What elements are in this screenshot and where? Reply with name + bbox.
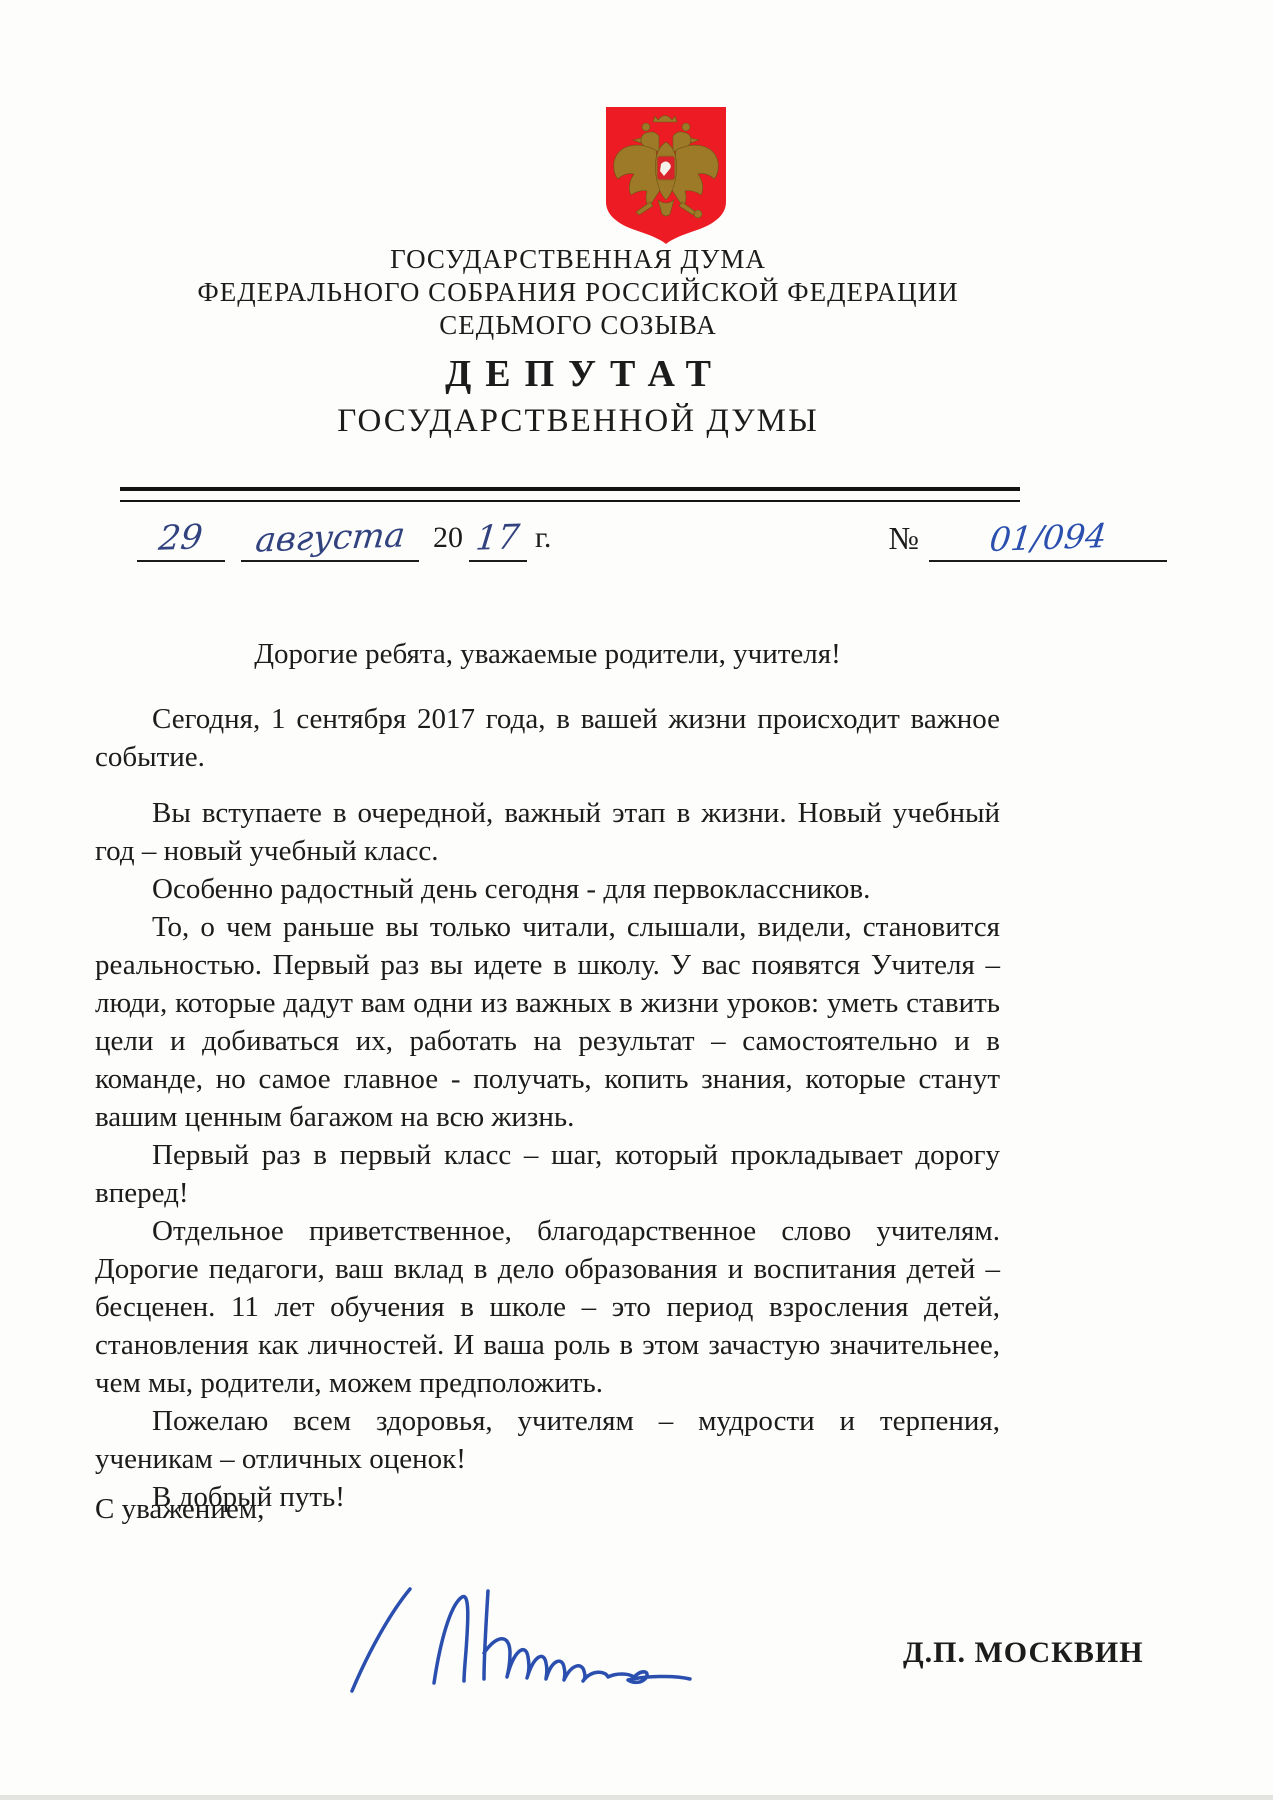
date-month-field: августа [241, 516, 419, 562]
handwritten-number: 01/094 [987, 514, 1108, 562]
valediction: С уважением, [95, 1493, 264, 1526]
letter-body: Сегодня, 1 сентября 2017 года, в вашей ж… [95, 700, 1000, 1516]
paragraph: Сегодня, 1 сентября 2017 года, в вашей ж… [95, 700, 1000, 776]
date-group: 29 августа 20 17 г. [137, 516, 551, 562]
org-name-line3: СЕДЬМОГО СОЗЫВА [0, 309, 1156, 342]
letter-page: ГОСУДАРСТВЕННАЯ ДУМА ФЕДЕРАЛЬНОГО СОБРАН… [0, 0, 1273, 1800]
year-prefix: 20 [419, 516, 469, 562]
paragraph: Первый раз в первый класс – шаг, который… [95, 1136, 1000, 1212]
title-deputy: ДЕПУТАТ [0, 348, 1156, 400]
russian-coat-of-arms-icon [600, 104, 732, 246]
number-group: № 01/094 [888, 516, 1167, 562]
org-name-line1: ГОСУДАРСТВЕННАЯ ДУМА [0, 243, 1156, 276]
date-number-row: 29 августа 20 17 г. № 01/094 [137, 516, 1167, 562]
handwritten-signature [338, 1583, 708, 1698]
paragraph: Пожелаю всем здоровья, учителям – мудрос… [95, 1402, 1000, 1478]
date-day-field: 29 [137, 516, 225, 562]
number-sign: № [888, 516, 919, 562]
paragraph: Вы вступаете в очередной, важный этап в … [95, 794, 1000, 870]
document-number-field: 01/094 [929, 516, 1167, 562]
handwritten-year: 17 [474, 515, 522, 560]
year-unit: г. [527, 516, 551, 562]
paragraph: То, о чем раньше вы только читали, слыша… [95, 908, 1000, 1136]
handwritten-day: 29 [157, 515, 205, 560]
scan-bottom-edge [0, 1795, 1273, 1800]
title-state-duma: ГОСУДАРСТВЕННОЙ ДУМЫ [0, 400, 1156, 442]
handwritten-month: августа [253, 513, 407, 562]
date-year-field: 17 [469, 516, 527, 562]
paragraph: Отдельное приветственное, благодарственн… [95, 1212, 1000, 1402]
letterhead: ГОСУДАРСТВЕННАЯ ДУМА ФЕДЕРАЛЬНОГО СОБРАН… [0, 243, 1156, 442]
paragraph: Особенно радостный день сегодня - для пе… [95, 870, 1000, 908]
signer-name: Д.П. МОСКВИН [903, 1636, 1144, 1670]
salutation: Дорогие ребята, уважаемые родители, учит… [95, 638, 1000, 671]
double-rule-divider [120, 487, 1020, 502]
org-name-line2: ФЕДЕРАЛЬНОГО СОБРАНИЯ РОССИЙСКОЙ ФЕДЕРАЦ… [0, 276, 1156, 309]
